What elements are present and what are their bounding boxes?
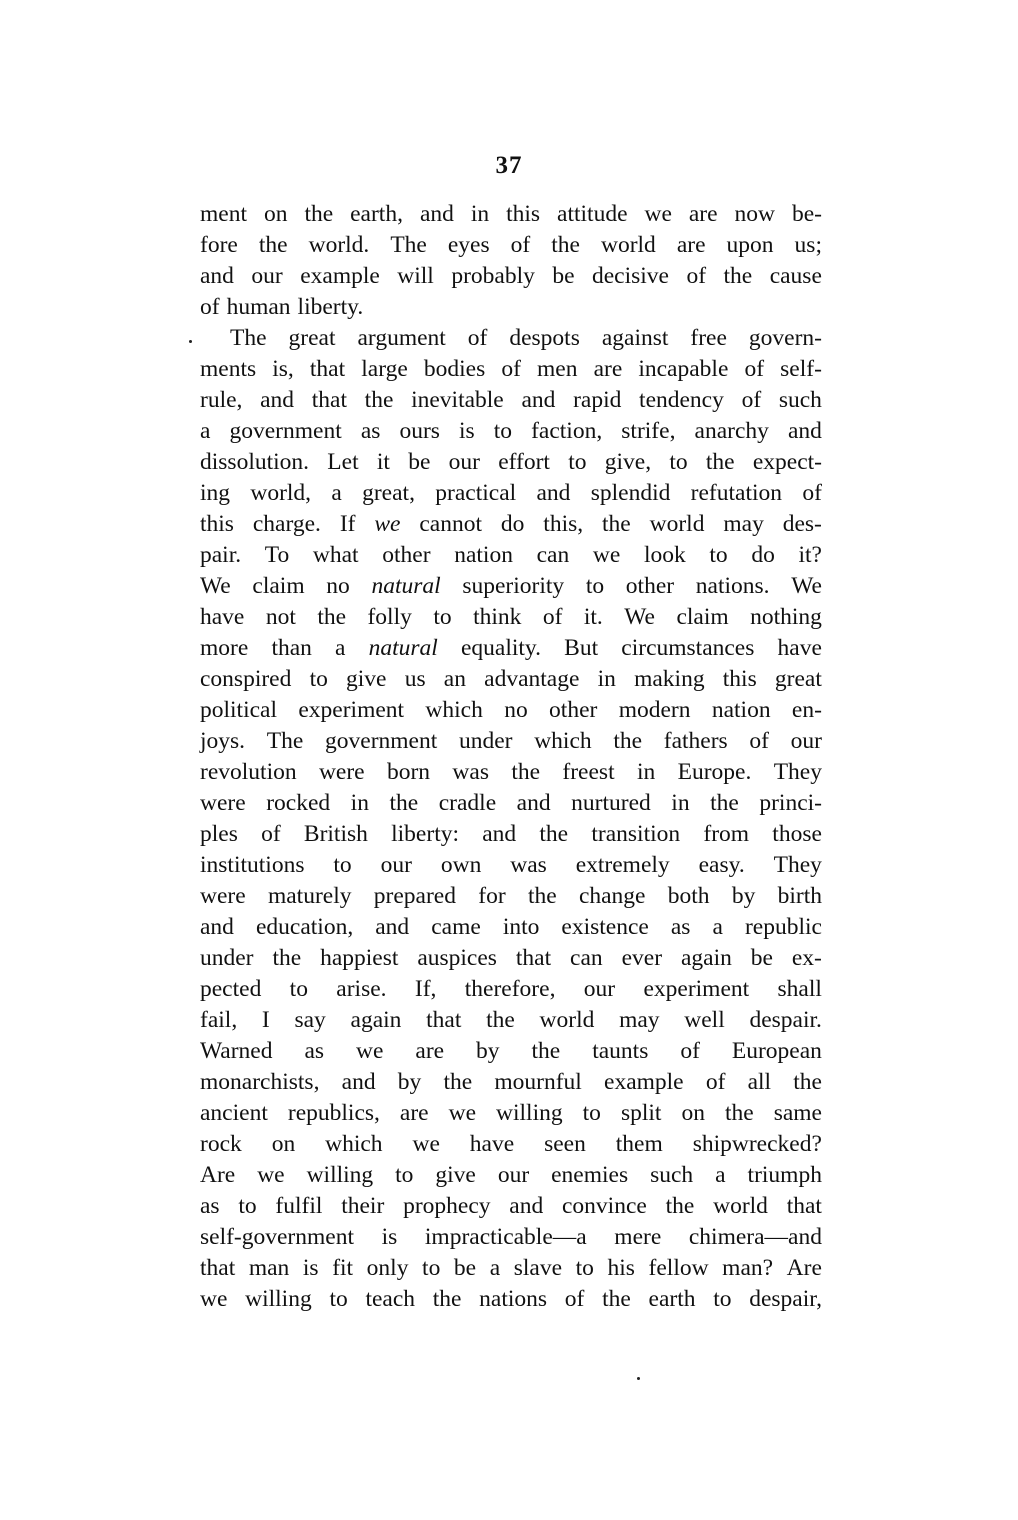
word: government — [325, 726, 437, 757]
text-line: foretheworld.Theeyesoftheworldareuponus; — [200, 230, 822, 261]
word: shall — [778, 974, 822, 1005]
word: despots — [509, 323, 580, 354]
word: the — [304, 199, 333, 230]
word: we — [257, 1160, 284, 1191]
word: great — [775, 664, 822, 695]
word: we — [593, 540, 620, 571]
word: which — [325, 1129, 382, 1160]
word: ment — [200, 199, 247, 230]
text-line: morethananaturalequality.Butcircumstance… — [200, 633, 822, 664]
word: ments — [200, 354, 256, 385]
word: rock — [200, 1129, 242, 1160]
word: the — [724, 261, 753, 292]
word: experiment — [643, 974, 749, 1005]
word: convince — [562, 1191, 647, 1222]
word: as — [361, 416, 381, 447]
word: nations — [479, 1284, 547, 1315]
word: against — [602, 323, 669, 354]
word: to — [290, 974, 308, 1005]
word: modern — [619, 695, 691, 726]
word: their — [341, 1191, 384, 1222]
word: advantage — [484, 664, 579, 695]
word: equality. — [461, 633, 541, 664]
word: the — [710, 788, 739, 819]
word: ing — [200, 478, 230, 509]
word: a — [712, 912, 722, 943]
text-line: WarnedaswearebythetauntsofEuropean — [200, 1036, 822, 1067]
word: to — [583, 1098, 601, 1129]
word: human — [227, 292, 291, 323]
word: example — [604, 1067, 684, 1098]
text-line: dissolution.Letitbeourefforttogive,tothe… — [200, 447, 822, 478]
word: They — [774, 850, 822, 881]
word: are — [400, 1098, 429, 1129]
word: charge. — [253, 509, 321, 540]
word: Europe. — [678, 757, 752, 788]
word: We — [200, 571, 231, 602]
word: than — [271, 633, 311, 664]
text-line: plesofBritishliberty:andthetransitionfro… — [200, 819, 822, 850]
word: strife, — [621, 416, 675, 447]
word: a — [331, 478, 341, 509]
word: If, — [415, 974, 437, 1005]
word: despair, — [749, 1284, 822, 1315]
word: more — [200, 633, 248, 664]
word: fathers — [664, 726, 728, 757]
word: probably — [451, 261, 535, 292]
word: to — [329, 1284, 347, 1315]
word: of — [706, 1067, 726, 1098]
word: easy. — [699, 850, 745, 881]
word: government — [230, 416, 342, 447]
word: that — [200, 1253, 235, 1284]
word: only — [367, 1253, 409, 1284]
word: were — [319, 757, 365, 788]
word: and — [200, 261, 234, 292]
page-number: 37 — [0, 152, 1018, 180]
word: may — [619, 1005, 659, 1036]
word: is — [459, 416, 475, 447]
word: the — [528, 881, 557, 912]
word: of — [749, 726, 769, 757]
text-line: ancientrepublics,arewewillingtosplitonth… — [200, 1098, 822, 1129]
word: us; — [795, 230, 822, 261]
word: rapid — [573, 385, 621, 416]
word: large — [361, 354, 408, 385]
word: were — [200, 788, 246, 819]
word: our — [449, 447, 480, 478]
word: this — [200, 509, 234, 540]
word: are — [594, 354, 623, 385]
word: rule, — [200, 385, 242, 416]
word: our — [498, 1160, 529, 1191]
word: ples — [200, 819, 238, 850]
word: The — [390, 230, 427, 261]
word: refutation — [691, 478, 782, 509]
word: and — [509, 1191, 543, 1222]
word: earth — [649, 1284, 696, 1315]
word: therefore, — [465, 974, 556, 1005]
text-line: mentsis,thatlargebodiesofmenareincapable… — [200, 354, 822, 385]
word: British — [304, 819, 368, 850]
word: fore — [200, 230, 238, 261]
word: own — [441, 850, 481, 881]
word: be — [552, 261, 574, 292]
word: our — [251, 261, 282, 292]
scan-speck — [189, 340, 192, 343]
text-line: fail,Isayagainthattheworldmaywelldespair… — [200, 1005, 822, 1036]
word: the — [613, 726, 642, 757]
word: institutions — [200, 850, 304, 881]
word: in — [637, 757, 655, 788]
word: en- — [792, 695, 822, 726]
word: nothing — [750, 602, 822, 633]
word: the — [602, 1284, 631, 1315]
text-line: institutionstoourownwasextremelyeasy.The… — [200, 850, 822, 881]
word: republics, — [288, 1098, 380, 1129]
word: now — [735, 199, 775, 230]
word: and — [517, 788, 551, 819]
word: as — [200, 1191, 220, 1222]
word: is — [303, 1253, 319, 1284]
word: us — [405, 664, 426, 695]
word: be — [454, 1253, 476, 1284]
word: and — [788, 416, 822, 447]
word: education, — [256, 912, 353, 943]
word: such — [779, 385, 822, 416]
word: joys. — [200, 726, 245, 757]
word: to — [669, 447, 687, 478]
word: this — [723, 664, 757, 695]
word: give, — [605, 447, 651, 478]
word: claim — [252, 571, 304, 602]
word: for — [478, 881, 505, 912]
word: say — [294, 1005, 325, 1036]
word: of — [686, 261, 706, 292]
word: in — [351, 788, 369, 819]
word: may — [723, 509, 763, 540]
word: decisive — [592, 261, 669, 292]
word: prophecy — [403, 1191, 490, 1222]
word: be — [408, 447, 430, 478]
word: again — [351, 1005, 402, 1036]
word: superiority — [462, 571, 564, 602]
text-line: Thegreatargumentofdespotsagainstfreegove… — [200, 323, 822, 354]
emphasized-word: we — [374, 509, 400, 540]
word: auspices — [417, 943, 497, 974]
word: upon — [727, 230, 774, 261]
word: But — [564, 633, 598, 664]
word: a — [200, 416, 210, 447]
word: earth, — [350, 199, 403, 230]
book-page: 37 mentontheearth,andinthisattitudeweare… — [0, 0, 1018, 1520]
text-line: agovernmentasoursistofaction,strife,anar… — [200, 416, 822, 447]
word: to — [333, 850, 351, 881]
text-line: rockonwhichwehaveseenthemshipwrecked? — [200, 1129, 822, 1160]
word: no — [504, 695, 528, 726]
word: The — [230, 323, 267, 354]
word: world — [713, 1191, 768, 1222]
word: again — [681, 943, 732, 974]
word: which — [425, 695, 482, 726]
word: liberty. — [298, 292, 364, 323]
word: man — [249, 1253, 289, 1284]
word: of — [501, 354, 521, 385]
word: we — [644, 199, 671, 230]
word: to — [433, 602, 451, 633]
word: des- — [783, 509, 822, 540]
word: extremely — [576, 850, 670, 881]
word: be — [751, 943, 773, 974]
word: folly — [367, 602, 411, 633]
word: nurtured — [571, 788, 651, 819]
word: came — [431, 912, 481, 943]
word: the — [486, 1005, 515, 1036]
word: shipwrecked? — [693, 1129, 822, 1160]
word: We — [624, 602, 655, 633]
word: the — [272, 943, 301, 974]
scan-speck — [637, 1377, 640, 1380]
word: inevitable — [411, 385, 504, 416]
word: to — [713, 1284, 731, 1315]
word: look — [644, 540, 686, 571]
word: and — [536, 478, 570, 509]
word: cradle — [439, 788, 496, 819]
word: self- — [780, 354, 822, 385]
word: liberty: — [391, 819, 459, 850]
word: be- — [792, 199, 822, 230]
word: men — [537, 354, 577, 385]
word: is — [382, 1222, 398, 1253]
word: ex- — [792, 943, 822, 974]
word: govern- — [749, 323, 822, 354]
word: in — [471, 199, 489, 230]
word: that — [787, 1191, 822, 1222]
word: that — [310, 354, 345, 385]
text-line: wewillingtoteachthenationsoftheearthtode… — [200, 1284, 822, 1315]
word: split — [621, 1098, 661, 1129]
word: can — [570, 943, 603, 974]
word: do — [501, 509, 525, 540]
word: attitude — [557, 199, 627, 230]
word: are — [677, 230, 706, 261]
word: other — [626, 571, 674, 602]
word: both — [668, 881, 710, 912]
text-line: politicalexperimentwhichnoothermodernnat… — [200, 695, 822, 726]
word: triumph — [748, 1160, 822, 1191]
word: the — [443, 1067, 472, 1098]
word: we — [412, 1129, 439, 1160]
word: was — [510, 850, 547, 881]
word: under — [459, 726, 513, 757]
word: all — [748, 1067, 772, 1098]
word: the — [433, 1284, 462, 1315]
word: it. — [584, 602, 603, 633]
word: the — [389, 788, 418, 819]
emphasized-word: natural — [369, 633, 438, 664]
word: despair. — [749, 1005, 821, 1036]
word: his — [608, 1253, 635, 1284]
text-line: rule,andthattheinevitableandrapidtendenc… — [200, 385, 822, 416]
text-line: werematurelypreparedforthechangebothbybi… — [200, 881, 822, 912]
word: great — [289, 323, 336, 354]
word: making — [634, 664, 705, 695]
word: nations. — [696, 571, 770, 602]
word: If — [340, 509, 356, 540]
word: cause — [770, 261, 822, 292]
word: which — [534, 726, 591, 757]
word: are — [415, 1036, 444, 1067]
word: world, — [250, 478, 311, 509]
word: fulfil — [275, 1191, 322, 1222]
word: by — [732, 881, 756, 912]
word: great, — [362, 478, 415, 509]
word: pected — [200, 974, 261, 1005]
word: prepared — [374, 881, 456, 912]
word: fail, — [200, 1005, 237, 1036]
word: pair. — [200, 540, 241, 571]
word: The — [267, 726, 304, 757]
word: We — [791, 571, 822, 602]
word: as — [304, 1036, 324, 1067]
word: an — [444, 664, 466, 695]
word: have — [470, 1129, 514, 1160]
word: we — [200, 1284, 227, 1315]
word: maturely — [268, 881, 352, 912]
word: of — [200, 292, 220, 323]
word: by — [476, 1036, 500, 1067]
word: such — [650, 1160, 693, 1191]
word: our — [584, 974, 615, 1005]
word: the — [725, 1098, 754, 1129]
word: ever — [622, 943, 662, 974]
text-line: revolutionwerebornwasthefreestinEurope.T… — [200, 757, 822, 788]
word: birth — [778, 881, 822, 912]
word: the — [706, 447, 735, 478]
word: free — [690, 323, 727, 354]
text-line: joys.Thegovernmentunderwhichthefathersof… — [200, 726, 822, 757]
word: from — [703, 819, 749, 850]
word: that — [516, 943, 551, 974]
word: were — [200, 881, 246, 912]
word: conspired — [200, 664, 291, 695]
word: and — [342, 1067, 376, 1098]
word: other — [382, 540, 430, 571]
word: that — [312, 385, 347, 416]
word: as — [671, 912, 691, 943]
word: of — [742, 385, 762, 416]
text-line: ingworld,agreat,practicalandsplendidrefu… — [200, 478, 822, 509]
word: no — [326, 571, 350, 602]
word: give — [435, 1160, 475, 1191]
word: born — [387, 757, 430, 788]
word: by — [398, 1067, 422, 1098]
word: circumstances — [621, 633, 754, 664]
word: do — [751, 540, 775, 571]
word: and — [482, 819, 516, 850]
word: the — [365, 385, 394, 416]
text-line: pectedtoarise.If,therefore,ourexperiment… — [200, 974, 822, 1005]
text-line: havenotthefollytothinkofit.Weclaimnothin… — [200, 602, 822, 633]
text-line: self-governmentisimpracticable—amerechim… — [200, 1222, 822, 1253]
word: Warned — [200, 1036, 273, 1067]
word: fit — [332, 1253, 353, 1284]
word: under — [200, 943, 254, 974]
word: that — [426, 1005, 461, 1036]
word: rocked — [266, 788, 330, 819]
text-line: andourexamplewillprobablybedecisiveofthe… — [200, 261, 822, 292]
word: the — [539, 819, 568, 850]
word: a — [335, 633, 345, 664]
word: the — [317, 602, 346, 633]
word: revolution — [200, 757, 297, 788]
word: we — [356, 1036, 383, 1067]
word: Are — [200, 1160, 235, 1191]
word: other — [549, 695, 597, 726]
word: Let — [327, 447, 358, 478]
word: and — [200, 912, 234, 943]
word: willing — [245, 1284, 312, 1315]
word: the — [602, 509, 631, 540]
word: in — [598, 664, 616, 695]
word: and — [420, 199, 454, 230]
text-line: Arewewillingtogiveourenemiessuchatriumph — [200, 1160, 822, 1191]
word: on — [681, 1098, 705, 1129]
word: They — [774, 757, 822, 788]
word: tendency — [639, 385, 724, 416]
word: splendid — [591, 478, 671, 509]
word: nation — [454, 540, 513, 571]
text-line: wererockedinthecradleandnurturedinthepri… — [200, 788, 822, 819]
word: to — [395, 1160, 413, 1191]
word: to — [494, 416, 512, 447]
text-line: pair.Towhatothernationcanwelooktodoit? — [200, 540, 822, 571]
word: of — [744, 354, 764, 385]
word: to — [709, 540, 727, 571]
word: of — [680, 1036, 700, 1067]
word: to — [422, 1253, 440, 1284]
word: willing — [307, 1160, 374, 1191]
word: cannot — [419, 509, 482, 540]
word: our — [381, 850, 412, 881]
text-line: Weclaimnonaturalsuperioritytoothernation… — [200, 571, 822, 602]
word: the — [511, 757, 540, 788]
word: impracticable—a — [425, 1222, 587, 1253]
word: the — [532, 1036, 561, 1067]
word: and — [375, 912, 409, 943]
word: the — [793, 1067, 822, 1098]
text-line: ofhumanliberty. — [200, 292, 822, 323]
word: seen — [544, 1129, 586, 1160]
word: fellow — [649, 1253, 709, 1284]
word: to — [238, 1191, 256, 1222]
text-line: andeducation,andcameintoexistenceasarepu… — [200, 912, 822, 943]
word: those — [772, 819, 822, 850]
word: change — [579, 881, 646, 912]
word: man? — [722, 1253, 773, 1284]
word: are — [689, 199, 718, 230]
text-line: astofulfiltheirprophecyandconvincethewor… — [200, 1191, 822, 1222]
word: world — [650, 509, 705, 540]
text-line: monarchists,andbythemournfulexampleofall… — [200, 1067, 822, 1098]
word: incapable — [638, 354, 728, 385]
word: princi- — [759, 788, 822, 819]
word: ours — [399, 416, 439, 447]
word: a — [490, 1253, 500, 1284]
word: them — [616, 1129, 663, 1160]
word: world. — [309, 230, 370, 261]
word: I — [262, 1005, 270, 1036]
